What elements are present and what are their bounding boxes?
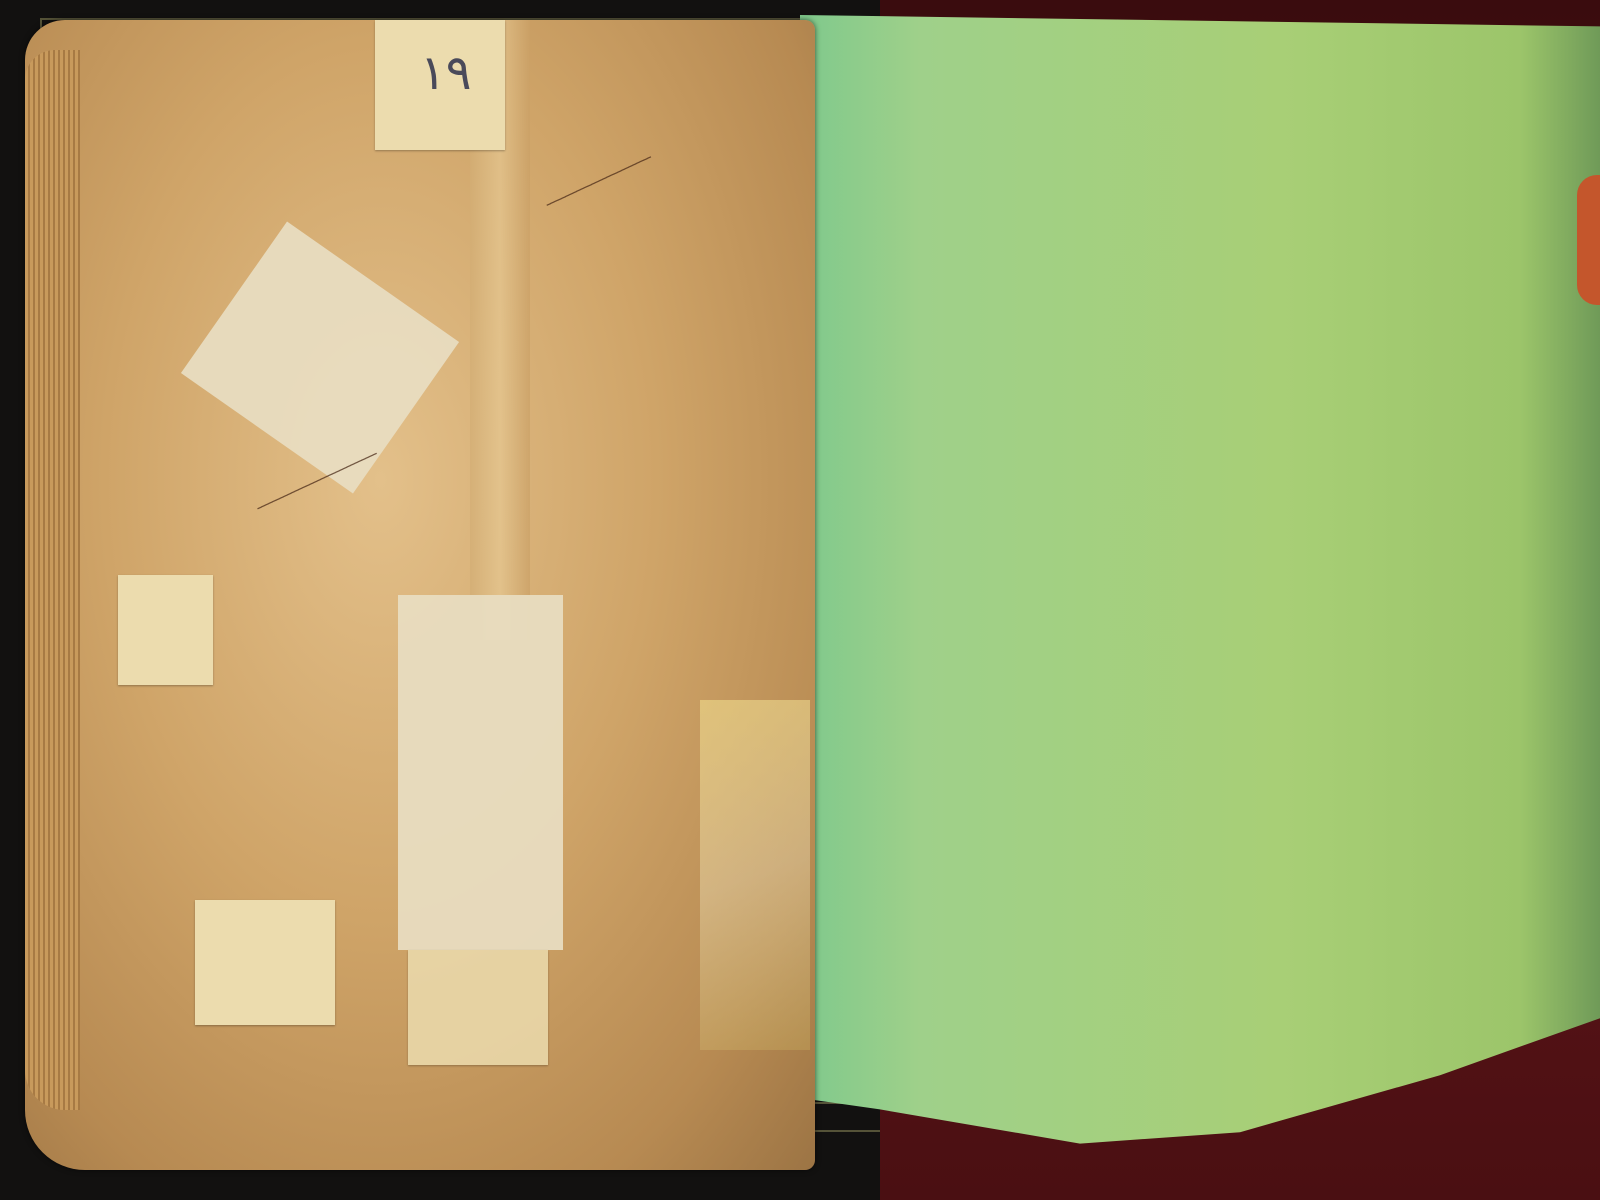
tape-strip bbox=[398, 595, 563, 950]
label-number: ١٩ bbox=[420, 45, 472, 101]
finger bbox=[1577, 175, 1600, 305]
plastic-film bbox=[700, 700, 810, 1050]
small-note-label bbox=[118, 575, 213, 685]
page-edges bbox=[25, 50, 80, 1110]
paper-patch bbox=[408, 950, 548, 1065]
green-sheet bbox=[800, 15, 1600, 1155]
paper-patch bbox=[195, 900, 335, 1025]
